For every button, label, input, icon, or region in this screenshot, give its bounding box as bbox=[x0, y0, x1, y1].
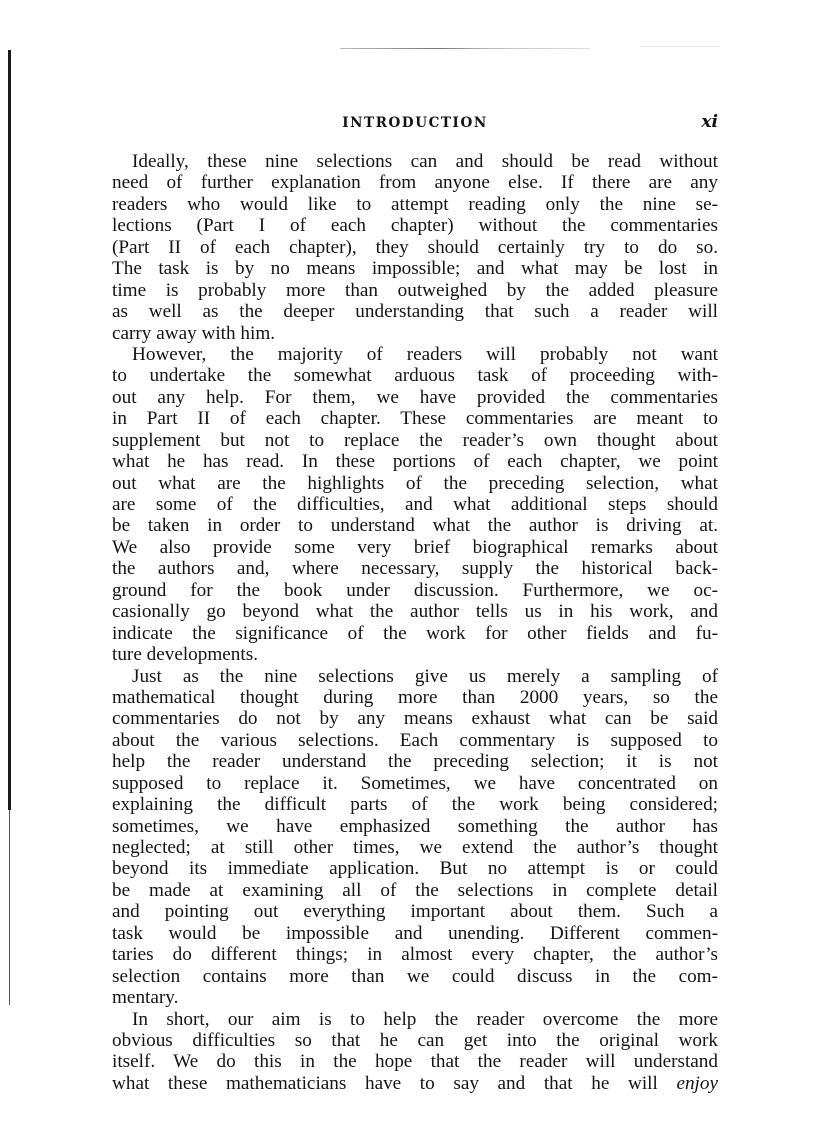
text-line: the authors and, where necessary, supply… bbox=[112, 558, 718, 579]
text-line: supplement but not to replace the reader… bbox=[112, 430, 718, 451]
scan-binding-edge-lower bbox=[9, 810, 10, 1005]
text-line: casionally go beyond what the author tel… bbox=[112, 601, 718, 622]
scan-binding-edge bbox=[8, 50, 11, 810]
text-line: itself. We do this in the hope that the … bbox=[112, 1051, 718, 1072]
text-line: We also provide some very brief biograph… bbox=[112, 537, 718, 558]
running-head-title: INTRODUCTION bbox=[112, 115, 718, 131]
text-line: Just as the nine selections give us mere… bbox=[112, 666, 718, 687]
text-line: be made at examining all of the selectio… bbox=[112, 880, 718, 901]
running-head: INTRODUCTION xi bbox=[112, 112, 718, 134]
page-number: xi bbox=[701, 112, 718, 132]
paragraph-1: Ideally, these nine selections can and s… bbox=[112, 151, 718, 344]
text-line-final: what these mathematicians have to say an… bbox=[112, 1073, 718, 1094]
paragraph-2: However, the majority of readers will pr… bbox=[112, 344, 718, 666]
text-line: obvious difficulties so that he can get … bbox=[112, 1030, 718, 1051]
text-line: neglected; at still other times, we exte… bbox=[112, 837, 718, 858]
text-line: what he has read. In these portions of e… bbox=[112, 451, 718, 472]
text-line: help the reader understand the preceding… bbox=[112, 751, 718, 772]
emphasized-word: enjoy bbox=[676, 1073, 718, 1094]
text-line: Ideally, these nine selections can and s… bbox=[112, 151, 718, 172]
text-line: The task is by no means impossible; and … bbox=[112, 258, 718, 279]
text-line: However, the majority of readers will pr… bbox=[112, 344, 718, 365]
text-line: beyond its immediate application. But no… bbox=[112, 858, 718, 879]
text-line: sometimes, we have emphasized something … bbox=[112, 816, 718, 837]
text-line: about the various selections. Each comme… bbox=[112, 730, 718, 751]
text-line: ture developments. bbox=[112, 644, 718, 665]
text-line: be taken in order to understand what the… bbox=[112, 515, 718, 536]
text-line: and pointing out everything important ab… bbox=[112, 901, 718, 922]
text-line: out what are the highlights of the prece… bbox=[112, 473, 718, 494]
text-line: commentaries do not by any means exhaust… bbox=[112, 708, 718, 729]
text-line: out any help. For them, we have provided… bbox=[112, 387, 718, 408]
text-line: selection contains more than we could di… bbox=[112, 966, 718, 987]
text-line: task would be impossible and unending. D… bbox=[112, 923, 718, 944]
text-line: to undertake the somewhat arduous task o… bbox=[112, 365, 718, 386]
scan-top-rule bbox=[340, 48, 590, 49]
text-line: readers who would like to attempt readin… bbox=[112, 194, 718, 215]
text-line: indicate the significance of the work fo… bbox=[112, 623, 718, 644]
text-line: ground for the book under discussion. Fu… bbox=[112, 580, 718, 601]
text-line: carry away with him. bbox=[112, 323, 718, 344]
text-line: in Part II of each chapter. These commen… bbox=[112, 408, 718, 429]
text-line: as well as the deeper understanding that… bbox=[112, 301, 718, 322]
text-line: In short, our aim is to help the reader … bbox=[112, 1009, 718, 1030]
text-line: need of further explanation from anyone … bbox=[112, 172, 718, 193]
text-line: lections (Part I of each chapter) withou… bbox=[112, 215, 718, 236]
text-line: mentary. bbox=[112, 987, 718, 1008]
text-line: time is probably more than outweighed by… bbox=[112, 280, 718, 301]
body-text: Ideally, these nine selections can and s… bbox=[112, 151, 718, 1094]
text-line: taries do different things; in almost ev… bbox=[112, 944, 718, 965]
paragraph-4: In short, our aim is to help the reader … bbox=[112, 1009, 718, 1095]
text-line: explaining the difficult parts of the wo… bbox=[112, 794, 718, 815]
text-line: are some of the difficulties, and what a… bbox=[112, 494, 718, 515]
text-line: supposed to replace it. Sometimes, we ha… bbox=[112, 773, 718, 794]
text-line-final-text: what these mathematicians have to say an… bbox=[112, 1073, 676, 1094]
text-line: mathematical thought during more than 20… bbox=[112, 687, 718, 708]
scan-top-rule-faint bbox=[640, 46, 720, 47]
text-line: (Part II of each chapter), they should c… bbox=[112, 237, 718, 258]
paragraph-3: Just as the nine selections give us mere… bbox=[112, 666, 718, 1009]
